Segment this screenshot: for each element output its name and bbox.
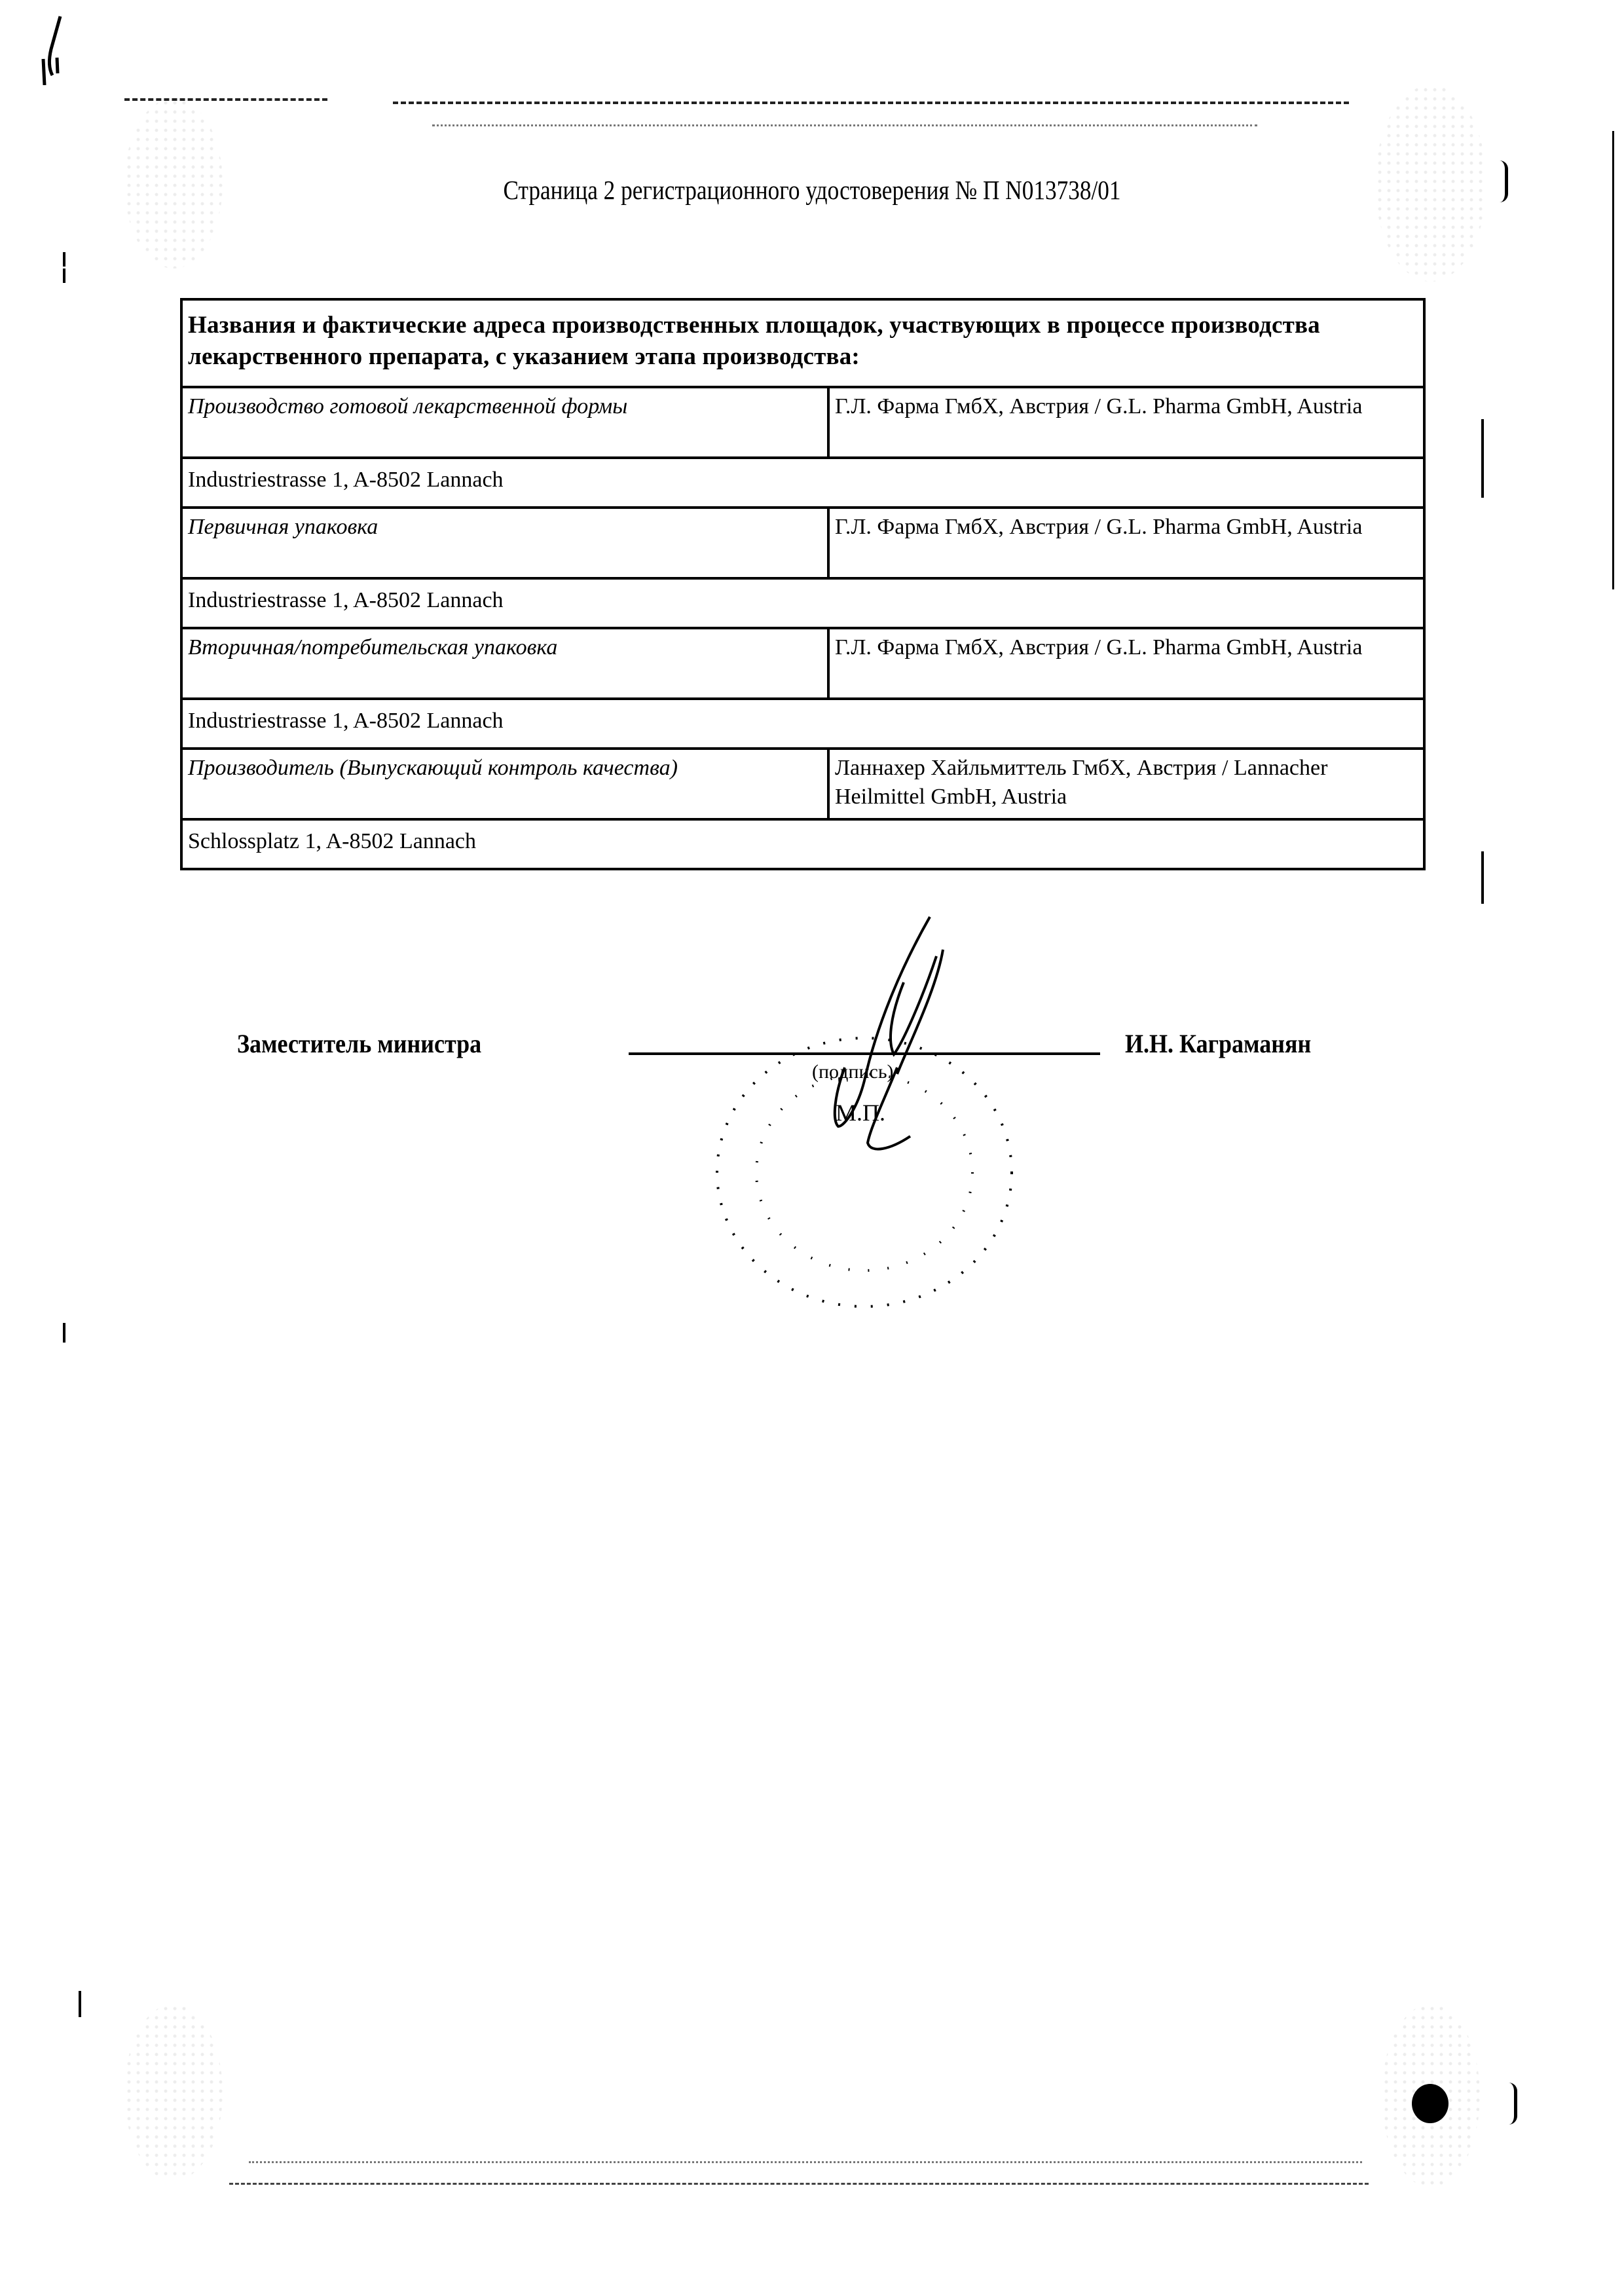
signatory-name: И.Н. Каграманян <box>1125 1028 1311 1059</box>
left-edge-tick <box>63 1323 65 1343</box>
stage-label: Производитель (Выпускающий контроль каче… <box>181 749 828 819</box>
table-header: Названия и фактические адреса производст… <box>181 299 1424 387</box>
top-border-noise <box>432 124 1257 126</box>
stage-label: Вторичная/потребительская упаковка <box>181 628 828 699</box>
site-address: Schlossplatz 1, A-8502 Lannach <box>181 819 1424 869</box>
stamp-placeholder-label: М.П. <box>836 1099 885 1126</box>
hole-punch-mark-icon <box>1412 2084 1449 2123</box>
handwritten-corner-mark-icon <box>39 13 79 85</box>
left-edge-tick <box>63 252 65 267</box>
site-address: Industriestrasse 1, A-8502 Lannach <box>181 458 1424 508</box>
manufacturer-name: Г.Л. Фарма ГмбХ, Австрия / G.L. Pharma G… <box>828 628 1424 699</box>
signatory-role: Заместитель министра <box>237 1028 481 1059</box>
table-row: Industriestrasse 1, A-8502 Lannach <box>181 458 1424 508</box>
left-edge-tick <box>63 269 65 283</box>
stage-label: Производство готовой лекарственной формы <box>181 387 828 458</box>
table-header-row: Названия и фактические адреса производст… <box>181 299 1424 387</box>
right-bracket-mark <box>1509 2083 1517 2125</box>
bottom-border-line <box>229 2183 1369 2185</box>
site-address: Industriestrasse 1, A-8502 Lannach <box>181 578 1424 628</box>
left-edge-tick <box>79 1991 81 2017</box>
manufacturer-name: Г.Л. Фарма ГмбХ, Австрия / G.L. Pharma G… <box>828 508 1424 578</box>
site-address: Industriestrasse 1, A-8502 Lannach <box>181 699 1424 749</box>
table-row: Schlossplatz 1, A-8502 Lannach <box>181 819 1424 869</box>
signature-caption: (подпись) <box>812 1061 894 1083</box>
manufacturing-sites-table: Названия и фактические адреса производст… <box>180 298 1426 870</box>
signature-line <box>629 1052 1100 1055</box>
table-row: Производитель (Выпускающий контроль каче… <box>181 749 1424 819</box>
table-row: Industriestrasse 1, A-8502 Lannach <box>181 699 1424 749</box>
top-border-line <box>393 102 1349 104</box>
table-row: Industriestrasse 1, A-8502 Lannach <box>181 578 1424 628</box>
manufacturer-name: Г.Л. Фарма ГмбХ, Австрия / G.L. Pharma G… <box>828 387 1424 458</box>
corner-rosette-bottom-left <box>124 2004 223 2181</box>
right-edge-tick <box>1612 131 1614 589</box>
manufacturer-name: Ланнахер Хайльмиттель ГмбХ, Австрия / La… <box>828 749 1424 819</box>
bottom-border-noise <box>249 2161 1362 2163</box>
table-row: Вторичная/потребительская упаковка Г.Л. … <box>181 628 1424 699</box>
table-row: Первичная упаковка Г.Л. Фарма ГмбХ, Авст… <box>181 508 1424 578</box>
page-title: Страница 2 регистрационного удостоверени… <box>114 174 1511 206</box>
top-border-line <box>124 98 327 101</box>
right-edge-tick <box>1481 851 1484 904</box>
stage-label: Первичная упаковка <box>181 508 828 578</box>
table-row: Производство готовой лекарственной формы… <box>181 387 1424 458</box>
right-edge-tick <box>1481 419 1484 498</box>
